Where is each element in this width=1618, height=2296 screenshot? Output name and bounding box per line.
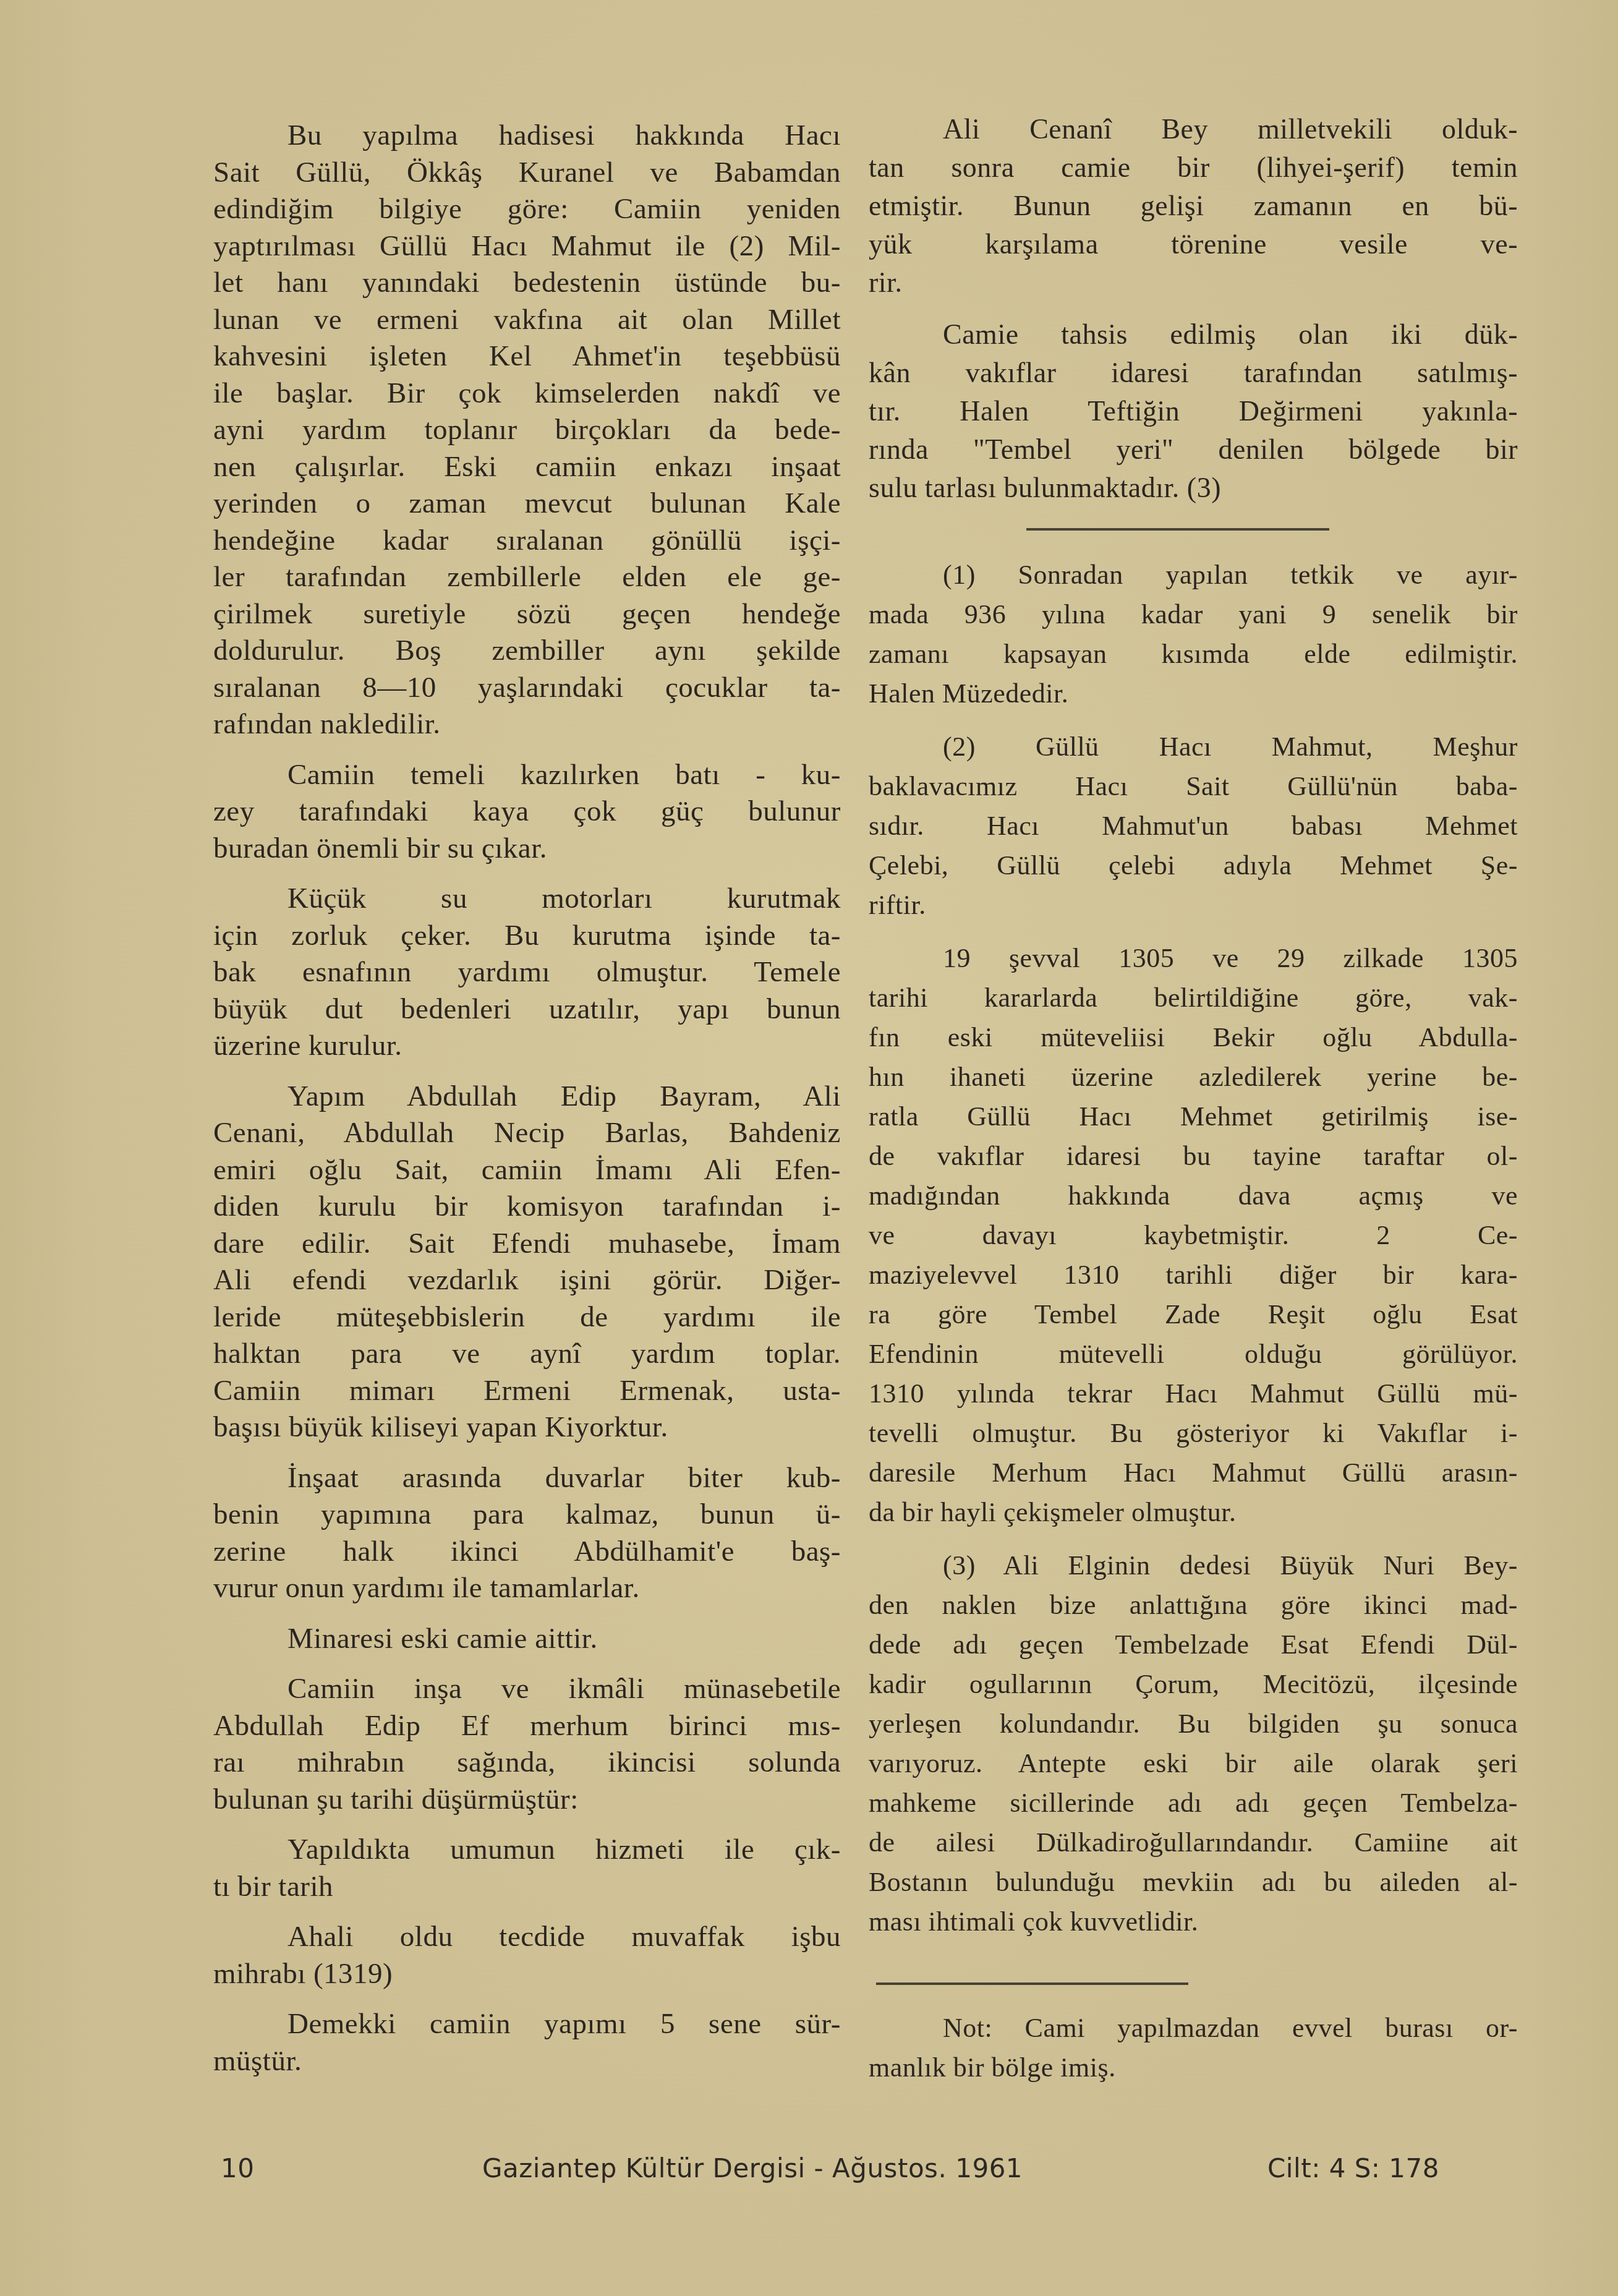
note-separator-rule xyxy=(876,1982,1188,1985)
text-line: raı mihrabın sağında, ikincisi solunda xyxy=(213,1744,841,1782)
paragraph: Yapıldıkta umumun hizmeti ile çık-tı bir… xyxy=(213,1832,841,1905)
text-line: Yapıldıkta umumun hizmeti ile çık- xyxy=(213,1832,841,1869)
right-column: Ali Cenanî Bey milletvekili olduk-tan so… xyxy=(869,110,1518,2088)
text-line: tevelli olmuştur. Bu gösteriyor ki Vakıf… xyxy=(869,1414,1518,1453)
text-line: mahkeme sicillerinde adı adı geçen Tembe… xyxy=(869,1783,1518,1823)
text-line: Çelebi, Güllü çelebi adıyla Mehmet Şe- xyxy=(869,846,1518,886)
text-line: mada 936 yılına kadar yani 9 senelik bir xyxy=(869,595,1518,634)
paragraph: Minaresi eski camie aittir. xyxy=(213,1621,841,1658)
text-line: Efendinin mütevelli olduğu görülüyor. xyxy=(869,1334,1518,1374)
paragraph: Yapım Abdullah Edip Bayram, AliCenani, A… xyxy=(213,1078,841,1446)
editor-note: Not: Cami yapılmazdan evvel burası or-ma… xyxy=(869,2008,1518,2088)
text-line: bak esnafının yardımı olmuştur. Temele xyxy=(213,954,841,991)
paragraph-gap xyxy=(213,1657,841,1671)
text-line: emiri oğlu Sait, camiin İmamı Ali Efen- xyxy=(213,1152,841,1189)
text-line: üzerine kurulur. xyxy=(213,1028,841,1065)
text-line: zamanı kapsayan kısımda elde edilmiştir. xyxy=(869,634,1518,674)
paragraph-gap xyxy=(869,302,1518,315)
text-line: ayni yardım toplanır birçokları da bede- xyxy=(213,412,841,449)
text-line: Minaresi eski camie aittir. xyxy=(213,1621,841,1658)
paragraph: (1) Sonradan yapılan tetkik ve ayır-mada… xyxy=(869,555,1518,714)
text-line: büyük dut bedenleri uzatılır, yapı bunun xyxy=(213,991,841,1028)
text-line: madığından hakkında dava açmış ve xyxy=(869,1176,1518,1216)
paragraph-gap xyxy=(869,925,1518,939)
text-line: daresile Merhum Hacı Mahmut Güllü arasın… xyxy=(869,1453,1518,1493)
text-line: başısı büyük kiliseyi yapan Kiyorktur. xyxy=(213,1409,841,1446)
paragraph: Demekki camiin yapımı 5 sene sür-müştür. xyxy=(213,2006,841,2080)
text-line: rir. xyxy=(869,263,1518,302)
text-line: için zorluk çeker. Bu kurutma işinde ta- xyxy=(213,918,841,955)
text-line: kahvesini işleten Kel Ahmet'in teşebbüsü xyxy=(213,338,841,375)
text-line: diden kurulu bir komisyon tarafından i- xyxy=(213,1189,841,1226)
page-number: 10 xyxy=(221,2153,254,2183)
paragraph-gap xyxy=(213,1905,841,1919)
text-line: Demekki camiin yapımı 5 sene sür- xyxy=(213,2006,841,2043)
text-line: Abdullah Edip Ef merhum birinci mıs- xyxy=(213,1708,841,1745)
footnote-separator-rule xyxy=(1026,528,1329,531)
paragraph-gap xyxy=(213,867,841,881)
text-line: den naklen bize anlattığına göre ikinci … xyxy=(869,1585,1518,1625)
text-line: İnşaat arasında duvarlar biter kub- xyxy=(213,1460,841,1497)
text-line: Bu yapılma hadisesi hakkında Hacı xyxy=(213,117,841,155)
text-line: de ailesi Dülkadiroğullarındandır. Camii… xyxy=(869,1823,1518,1863)
text-line: 1310 yılında tekrar Hacı Mahmut Güllü mü… xyxy=(869,1374,1518,1414)
text-line: Yapım Abdullah Edip Bayram, Ali xyxy=(213,1078,841,1116)
text-line: Camiin mimarı Ermeni Ermenak, usta- xyxy=(213,1373,841,1410)
text-line: da bir hayli çekişmeler olmuştur. xyxy=(869,1493,1518,1532)
volume-issue: Cilt: 4 S: 178 xyxy=(1267,2153,1439,2183)
paragraph: 19 şevval 1305 ve 29 zilkade 1305tarihi … xyxy=(869,939,1518,1532)
text-line: kadir ogullarının Çorum, Mecitözü, ilçes… xyxy=(869,1665,1518,1704)
text-line: sıralanan 8—10 yaşlarındaki çocuklar ta- xyxy=(213,670,841,707)
paragraph: Bu yapılma hadisesi hakkında HacıSait Gü… xyxy=(213,117,841,743)
text-line: yerleşen kolundandır. Bu bilgiden şu son… xyxy=(869,1704,1518,1744)
text-line: maziyelevvel 1310 tarihli diğer bir kara… xyxy=(869,1255,1518,1295)
text-line: tan sonra camie bir (lihyei-şerif) temin xyxy=(869,148,1518,187)
text-line: müştür. xyxy=(213,2043,841,2080)
text-line: Camie tahsis edilmiş olan iki dük- xyxy=(869,315,1518,354)
text-line: sulu tarlası bulunmaktadır. (3) xyxy=(869,469,1518,507)
text-line: mihrabı (1319) xyxy=(213,1956,841,1993)
text-line: Küçük su motorları kurutmak xyxy=(213,881,841,918)
text-line: Ahali oldu tecdide muvaffak işbu xyxy=(213,1919,841,1956)
text-line: etmiştir. Bunun gelişi zamanın en bü- xyxy=(869,187,1518,225)
text-line: tı bir tarih xyxy=(213,1869,841,1906)
text-line: manlık bir bölge imiş. xyxy=(869,2048,1518,2088)
text-line: zey tarafındaki kaya çok güç bulunur xyxy=(213,793,841,830)
text-line: ile başlar. Bir çok kimselerden nakdî ve xyxy=(213,375,841,412)
text-line: ler tarafından zembillerle elden ele ge- xyxy=(213,559,841,596)
text-line: halktan para ve aynî yardım toplar. xyxy=(213,1336,841,1373)
text-line: yük karşılama törenine vesile ve- xyxy=(869,225,1518,263)
text-line: (2) Güllü Hacı Mahmut, Meşhur xyxy=(869,727,1518,767)
text-line: (1) Sonradan yapılan tetkik ve ayır- xyxy=(869,555,1518,595)
text-line: leride müteşebbislerin de yardımı ile xyxy=(213,1299,841,1336)
paragraph: Camiin temeli kazılırken batı - ku-zey t… xyxy=(213,757,841,868)
paragraph: Camiin inşa ve ikmâli münasebetileAbdull… xyxy=(213,1671,841,1818)
paragraph-gap xyxy=(213,1607,841,1621)
left-column: Bu yapılma hadisesi hakkında HacıSait Gü… xyxy=(213,117,841,2080)
page-footer: 10 Gaziantep Kültür Dergisi - Ağustos. 1… xyxy=(213,2153,1518,2190)
text-line: varıyoruz. Antepte eski bir aile olarak … xyxy=(869,1744,1518,1783)
text-line: Sait Güllü, Ökkâş Kuranel ve Babamdan xyxy=(213,155,841,192)
text-line: dare edilir. Sait Efendi muhasebe, İmam xyxy=(213,1226,841,1263)
text-line: dede adı geçen Tembelzade Esat Efendi Dü… xyxy=(869,1625,1518,1665)
paragraph-gap xyxy=(213,1065,841,1078)
text-line: bulunan şu tarihi düşürmüştür: xyxy=(213,1782,841,1819)
text-line: buradan önemli bir su çıkar. xyxy=(213,830,841,868)
publication-line: Gaziantep Kültür Dergisi - Ağustos. 1961 xyxy=(482,2153,1023,2183)
paragraph: Not: Cami yapılmazdan evvel burası or-ma… xyxy=(869,2008,1518,2088)
paragraph-gap xyxy=(869,1532,1518,1546)
text-line: de vakıflar idaresi bu tayine taraftar o… xyxy=(869,1137,1518,1176)
text-line: Ali Cenanî Bey milletvekili olduk- xyxy=(869,110,1518,148)
text-line: ratla Güllü Hacı Mehmet getirilmiş ise- xyxy=(869,1097,1518,1137)
paragraph-gap xyxy=(213,1992,841,2006)
text-line: vurur onun yardımı ile tamamlarlar. xyxy=(213,1570,841,1607)
text-line: hın ihaneti üzerine azledilerek yerine b… xyxy=(869,1057,1518,1097)
text-line: kân vakıflar idaresi tarafından satılmış… xyxy=(869,354,1518,392)
footnotes: (1) Sonradan yapılan tetkik ve ayır-mada… xyxy=(869,555,1518,1942)
right-column-body: Ali Cenanî Bey milletvekili olduk-tan so… xyxy=(869,110,1518,507)
text-line: ve davayı kaybetmiştir. 2 Ce- xyxy=(869,1216,1518,1255)
paragraph-gap xyxy=(869,714,1518,727)
text-line: baklavacımız Hacı Sait Güllü'nün baba- xyxy=(869,767,1518,806)
text-line: rafından nakledilir. xyxy=(213,706,841,743)
paragraph: Ali Cenanî Bey milletvekili olduk-tan so… xyxy=(869,110,1518,302)
text-line: Camiin inşa ve ikmâli münasebetile xyxy=(213,1671,841,1708)
text-line: rında "Tembel yeri" denilen bölgede bir xyxy=(869,430,1518,469)
text-line: Not: Cami yapılmazdan evvel burası or- xyxy=(869,2008,1518,2048)
text-line: (3) Ali Elginin dedesi Büyük Nuri Bey- xyxy=(869,1546,1518,1585)
text-line: benin yapımına para kalmaz, bunun ü- xyxy=(213,1496,841,1534)
paragraph: İnşaat arasında duvarlar biter kub-benin… xyxy=(213,1460,841,1607)
text-line: let hanı yanındaki bedestenin üstünde bu… xyxy=(213,265,841,302)
text-line: yaptırılması Güllü Hacı Mahmut ile (2) M… xyxy=(213,228,841,265)
text-line: yerinden o zaman mevcut bulunan Kale xyxy=(213,485,841,523)
paragraph-gap xyxy=(213,1818,841,1832)
text-line: Ali efendi vezdarlık işini görür. Diğer- xyxy=(213,1262,841,1299)
text-line: ması ihtimali çok kuvvetlidir. xyxy=(869,1902,1518,1942)
text-line: fın eski müteveliisi Bekir oğlu Abdulla- xyxy=(869,1018,1518,1057)
text-line: edindiğim bilgiye göre: Camiin yeniden xyxy=(213,191,841,228)
paragraph-gap xyxy=(213,1446,841,1460)
text-line: riftir. xyxy=(869,886,1518,925)
paragraph: (3) Ali Elginin dedesi Büyük Nuri Bey-de… xyxy=(869,1546,1518,1942)
magazine-page: Bu yapılma hadisesi hakkında HacıSait Gü… xyxy=(0,0,1618,2296)
paragraph: (2) Güllü Hacı Mahmut, Meşhurbaklavacımı… xyxy=(869,727,1518,925)
text-line: hendeğine kadar sıralanan gönüllü işçi- xyxy=(213,523,841,560)
text-line: Camiin temeli kazılırken batı - ku- xyxy=(213,757,841,794)
text-line: ra göre Tembel Zade Reşit oğlu Esat xyxy=(869,1295,1518,1334)
text-line: doldurulur. Boş zembiller aynı şekilde xyxy=(213,633,841,670)
paragraph-gap xyxy=(213,743,841,757)
paragraph: Ahali oldu tecdide muvaffak işbumihrabı … xyxy=(213,1919,841,1992)
text-line: çirilmek suretiyle sözü geçen hendeğe xyxy=(213,596,841,633)
text-line: nen çalışırlar. Eski camiin enkazı inşaa… xyxy=(213,449,841,486)
text-line: tır. Halen Teftiğin Değirmeni yakınla- xyxy=(869,392,1518,430)
text-line: tarihi kararlarda belirtildiğine göre, v… xyxy=(869,978,1518,1018)
text-line: Bostanın bulunduğu mevkiin adı bu ailede… xyxy=(869,1863,1518,1902)
text-line: Cenani, Abdullah Necip Barlas, Bahdeniz xyxy=(213,1115,841,1152)
text-line: sıdır. Hacı Mahmut'un babası Mehmet xyxy=(869,806,1518,846)
text-line: Halen Müzededir. xyxy=(869,674,1518,714)
text-line: 19 şevval 1305 ve 29 zilkade 1305 xyxy=(869,939,1518,978)
text-line: zerine halk ikinci Abdülhamit'e baş- xyxy=(213,1534,841,1571)
paragraph: Camie tahsis edilmiş olan iki dük-kân va… xyxy=(869,315,1518,507)
text-line: lunan ve ermeni vakfına ait olan Millet xyxy=(213,302,841,339)
paragraph: Küçük su motorları kurutmakiçin zorluk ç… xyxy=(213,881,841,1065)
